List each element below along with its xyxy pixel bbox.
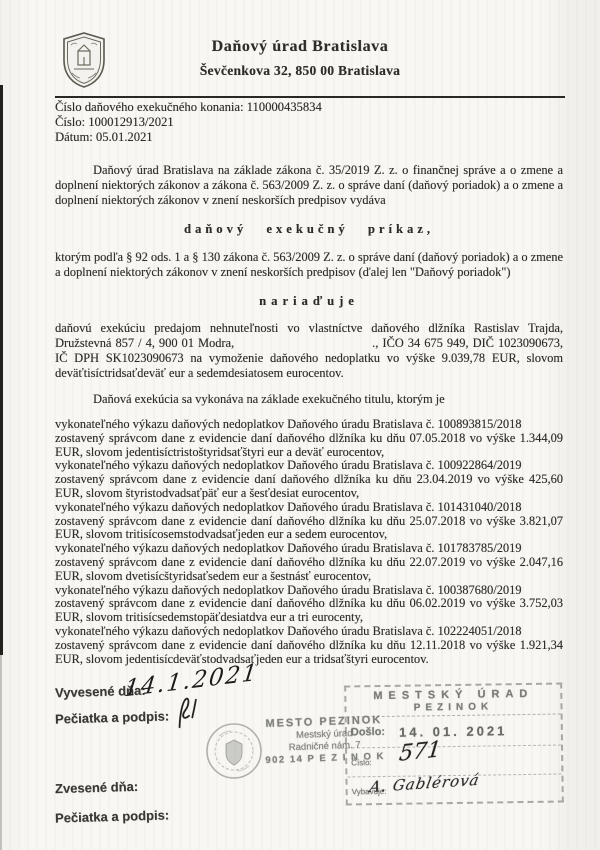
registry-incoming-stamp: MESTSKÝ ÚRAD PEZINOK Došlo: 14. 01. 2021… (344, 682, 564, 805)
scan-edge-artifact-light (0, 655, 2, 850)
registry-stamp-header: MESTSKÝ ÚRAD PEZINOK (346, 685, 560, 718)
orders-heading: nariaďuje (55, 294, 563, 309)
registry-stamp-header-line2: PEZINOK (346, 701, 560, 715)
document-date: Dátum: 05.01.2021 (55, 130, 322, 145)
legal-basis-paragraph: ktorým podľa § 92 ods. 1 a § 130 zákona … (55, 250, 563, 280)
debt-item-reference: vykonateľného výkazu daňových nedoplatko… (55, 584, 563, 598)
document-number: Číslo: 100012913/2021 (55, 115, 322, 130)
authority-name: Daňový úrad Bratislava (0, 38, 600, 56)
debt-item: vykonateľného výkazu daňových nedoplatko… (55, 542, 563, 583)
registry-received-date: 14. 01. 2021 (399, 723, 507, 740)
removed-date-label: Zvesené dňa: (55, 779, 138, 796)
debt-item-reference: vykonateľného výkazu daňových nedoplatko… (55, 459, 563, 473)
debt-item-detail: zostavený správcom dane z evidencie daní… (55, 639, 563, 667)
registry-received-row: Došlo: 14. 01. 2021 (347, 715, 561, 749)
execution-paragraph: daňovú exekúciu predajom nehnuteľnosti v… (55, 321, 563, 381)
execution-title-paragraph: Daňová exekúcia sa vykonáva na základe e… (55, 392, 563, 407)
debt-item-reference: vykonateľného výkazu daňových nedoplatko… (55, 625, 563, 639)
scanned-document-page: Daňový úrad Bratislava Ševčenkova 32, 85… (0, 0, 600, 850)
debt-item-detail: zostavený správcom dane z evidencie daní… (55, 473, 563, 501)
debt-item: vykonateľného výkazu daňových nedoplatko… (55, 584, 563, 625)
registry-number-label: Číslo: (351, 758, 372, 767)
debt-item-detail: zostavený správcom dane z evidencie daní… (55, 432, 563, 460)
debt-item-detail: zostavený správcom dane z evidencie daní… (55, 556, 563, 584)
proceeding-number: Číslo daňového exekučného konania: 11000… (55, 100, 322, 115)
scan-edge-artifact (0, 85, 3, 655)
registry-received-label: Došlo: (351, 726, 385, 738)
round-seal-icon (205, 722, 263, 785)
reference-block: Číslo daňového exekučného konania: 11000… (55, 100, 322, 145)
debt-item-detail: zostavený správcom dane z evidencie daní… (55, 515, 563, 543)
debt-item: vykonateľného výkazu daňových nedoplatko… (55, 459, 563, 500)
debt-item: vykonateľného výkazu daňových nedoplatko… (55, 501, 563, 542)
authority-address: Ševčenkova 32, 850 00 Bratislava (0, 63, 600, 79)
debt-item: vykonateľného výkazu daňových nedoplatko… (55, 625, 563, 666)
order-heading: daňový exekučný príkaz, (55, 222, 563, 237)
debt-item: vykonateľného výkazu daňových nedoplatko… (55, 418, 563, 459)
intro-paragraph: Daňový úrad Bratislava na základe zákona… (55, 163, 563, 208)
stamp-signature-label-2: Pečiatka a podpis: (55, 807, 170, 825)
header-divider (55, 96, 565, 98)
letterhead: Daňový úrad Bratislava Ševčenkova 32, 85… (0, 38, 600, 79)
stamp-signature-label-1: Pečiatka a podpis: (55, 708, 170, 726)
debt-item-reference: vykonateľného výkazu daňových nedoplatko… (55, 501, 563, 515)
debt-item-reference: vykonateľného výkazu daňových nedoplatko… (55, 418, 563, 432)
document-body: Daňový úrad Bratislava na základe zákona… (55, 163, 563, 666)
signature-scribble-icon (165, 693, 210, 737)
registry-handler-row: Vybavuje: A. Gablérová (347, 775, 561, 806)
handwritten-registry-number: 571 (398, 737, 443, 767)
debt-item-reference: vykonateľného výkazu daňových nedoplatko… (55, 542, 563, 556)
debt-items-list: vykonateľného výkazu daňových nedoplatko… (55, 418, 563, 666)
debt-item-detail: zostavený správcom dane z evidencie daní… (55, 597, 563, 625)
